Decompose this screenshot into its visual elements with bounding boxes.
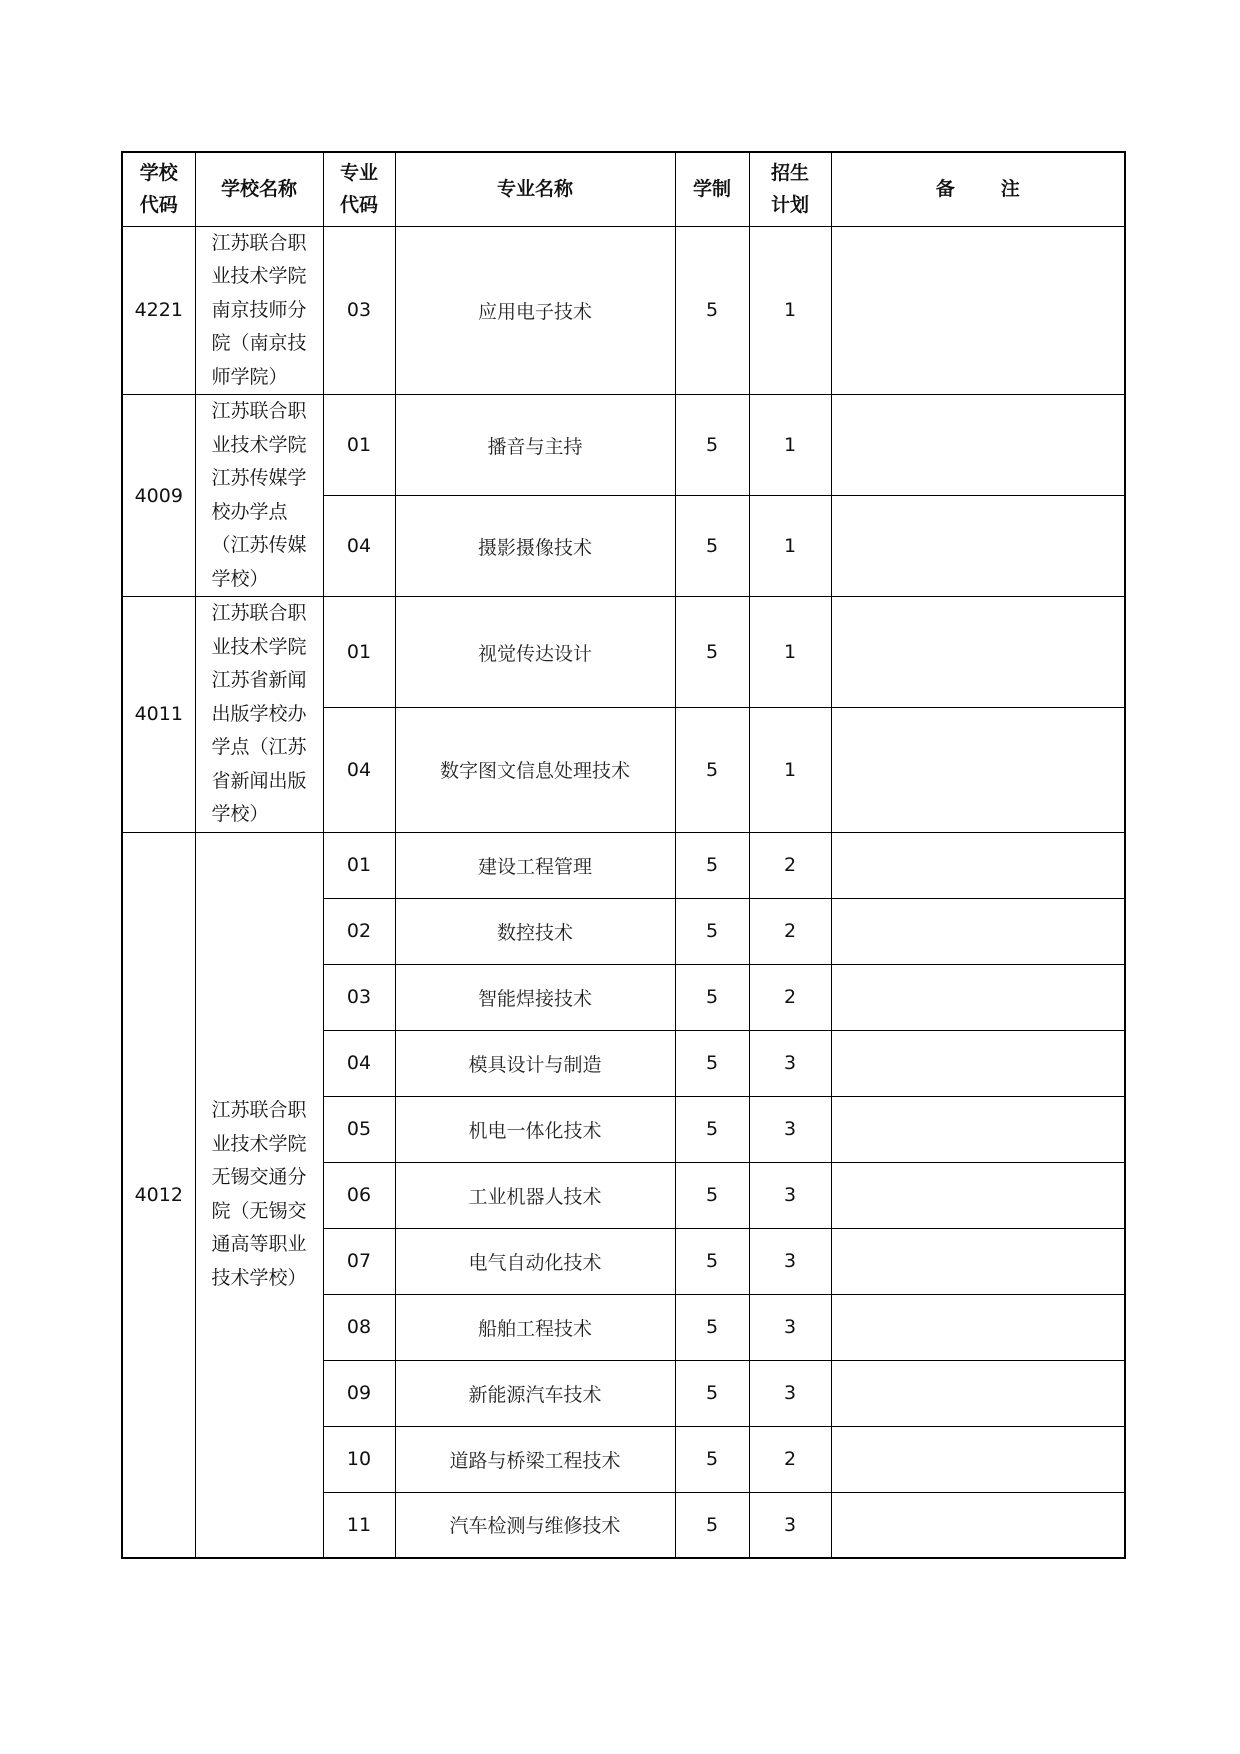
header-school-code-line1: 学校 [123,157,195,189]
enrollment-plan-cell: 2 [749,898,831,964]
school-name-line: 学校） [211,563,306,597]
school-name-text: 江苏联合职业技术学院南京技师分院（南京技师学院） [211,227,306,395]
major-code-cell: 02 [323,898,395,964]
major-code-cell: 03 [323,226,395,395]
enrollment-plan-cell: 3 [749,1492,831,1558]
remarks-cell [831,1294,1125,1360]
school-name-line: 师学院） [211,361,306,395]
major-name-cell: 智能焊接技术 [395,964,675,1030]
major-code-cell: 09 [323,1360,395,1426]
header-school-name: 学校名称 [195,152,323,226]
school-name-line: 技术学校） [211,1262,306,1296]
duration-cell: 5 [675,1162,749,1228]
school-code-cell: 4011 [122,597,195,833]
table-row: 4009江苏联合职业技术学院江苏传媒学校办学点（江苏传媒学校）01播音与主持51 [122,395,1125,496]
school-code-cell: 4009 [122,395,195,597]
enrollment-plan-cell: 1 [749,226,831,395]
header-duration: 学制 [675,152,749,226]
duration-cell: 5 [675,496,749,597]
major-code-cell: 10 [323,1426,395,1492]
remarks-cell [831,1360,1125,1426]
duration-cell: 5 [675,1294,749,1360]
major-name-cell: 工业机器人技术 [395,1162,675,1228]
major-name-cell: 新能源汽车技术 [395,1360,675,1426]
major-name-cell: 电气自动化技术 [395,1228,675,1294]
enrollment-plan-cell: 3 [749,1096,831,1162]
enrollment-plan-cell: 1 [749,395,831,496]
school-code-cell: 4012 [122,832,195,1558]
school-name-cell: 江苏联合职业技术学院南京技师分院（南京技师学院） [195,226,323,395]
duration-cell: 5 [675,1030,749,1096]
major-code-cell: 07 [323,1228,395,1294]
school-name-text: 江苏联合职业技术学院无锡交通分院（无锡交通高等职业技术学校） [211,1094,306,1295]
header-remarks-label: 备注 [890,178,1066,200]
remarks-cell [831,1492,1125,1558]
school-name-line: 院（无锡交 [211,1195,306,1229]
school-name-line: 无锡交通分 [211,1161,306,1195]
major-name-cell: 摄影摄像技术 [395,496,675,597]
enrollment-plan-cell: 3 [749,1228,831,1294]
remarks-cell [831,1426,1125,1492]
remarks-cell [831,898,1125,964]
school-name-cell: 江苏联合职业技术学院江苏省新闻出版学校办学点（江苏省新闻出版学校） [195,597,323,833]
school-name-line: （江苏传媒 [211,529,306,563]
table-body: 4221江苏联合职业技术学院南京技师分院（南京技师学院）03应用电子技术5140… [122,226,1125,1558]
major-name-cell: 汽车检测与维修技术 [395,1492,675,1558]
remarks-cell [831,708,1125,832]
duration-cell: 5 [675,964,749,1030]
major-name-cell: 机电一体化技术 [395,1096,675,1162]
school-name-line: 江苏省新闻 [211,664,306,698]
duration-cell: 5 [675,597,749,708]
duration-cell: 5 [675,1096,749,1162]
header-enrollment-plan: 招生 计划 [749,152,831,226]
major-code-cell: 04 [323,708,395,832]
enrollment-plan-cell: 3 [749,1360,831,1426]
school-name-line: 学点（江苏 [211,731,306,765]
school-name-line: 出版学校办 [211,698,306,732]
school-name-text: 江苏联合职业技术学院江苏省新闻出版学校办学点（江苏省新闻出版学校） [211,597,306,832]
header-plan-line2: 计划 [750,189,831,221]
major-name-cell: 道路与桥梁工程技术 [395,1426,675,1492]
major-code-cell: 11 [323,1492,395,1558]
school-name-line: 省新闻出版 [211,765,306,799]
school-name-line: 院（南京技 [211,327,306,361]
school-code-cell: 4221 [122,226,195,395]
school-name-line: 业技术学院 [211,429,306,463]
duration-cell: 5 [675,226,749,395]
remarks-cell [831,1096,1125,1162]
school-name-line: 业技术学院 [211,1128,306,1162]
duration-cell: 5 [675,1228,749,1294]
school-name-text: 江苏联合职业技术学院江苏传媒学校办学点（江苏传媒学校） [211,395,306,596]
enrollment-plan-cell: 1 [749,597,831,708]
major-name-cell: 建设工程管理 [395,832,675,898]
major-code-cell: 01 [323,395,395,496]
remarks-cell [831,496,1125,597]
table-header-row: 学校 代码 学校名称 专业 代码 专业名称 学制 招生 计划 备注 [122,152,1125,226]
header-remarks: 备注 [831,152,1125,226]
school-name-line: 业技术学院 [211,260,306,294]
enrollment-plan-cell: 1 [749,708,831,832]
major-code-cell: 03 [323,964,395,1030]
major-code-cell: 01 [323,832,395,898]
school-name-cell: 江苏联合职业技术学院江苏传媒学校办学点（江苏传媒学校） [195,395,323,597]
table-row: 4012江苏联合职业技术学院无锡交通分院（无锡交通高等职业技术学校）01建设工程… [122,832,1125,898]
major-name-cell: 模具设计与制造 [395,1030,675,1096]
enrollment-plan-table: 学校 代码 学校名称 专业 代码 专业名称 学制 招生 计划 备注 4221江苏… [121,151,1126,1559]
enrollment-plan-cell: 2 [749,964,831,1030]
enrollment-plan-cell: 3 [749,1162,831,1228]
school-name-line: 校办学点 [211,496,306,530]
remarks-cell [831,597,1125,708]
major-name-cell: 视觉传达设计 [395,597,675,708]
header-major-code-line2: 代码 [324,189,395,221]
table-row: 4221江苏联合职业技术学院南京技师分院（南京技师学院）03应用电子技术51 [122,226,1125,395]
header-major-name: 专业名称 [395,152,675,226]
school-name-line: 江苏联合职 [211,227,306,261]
duration-cell: 5 [675,898,749,964]
school-name-line: 通高等职业 [211,1228,306,1262]
enrollment-plan-cell: 3 [749,1294,831,1360]
duration-cell: 5 [675,832,749,898]
enrollment-plan-cell: 2 [749,832,831,898]
school-name-cell: 江苏联合职业技术学院无锡交通分院（无锡交通高等职业技术学校） [195,832,323,1558]
major-name-cell: 数控技术 [395,898,675,964]
school-name-line: 江苏联合职 [211,395,306,429]
remarks-cell [831,1162,1125,1228]
major-code-cell: 04 [323,1030,395,1096]
header-plan-line1: 招生 [750,157,831,189]
remarks-cell [831,1030,1125,1096]
table-row: 4011江苏联合职业技术学院江苏省新闻出版学校办学点（江苏省新闻出版学校）01视… [122,597,1125,708]
major-code-cell: 08 [323,1294,395,1360]
school-name-line: 业技术学院 [211,631,306,665]
remarks-cell [831,1228,1125,1294]
school-name-line: 南京技师分 [211,294,306,328]
enrollment-plan-cell: 3 [749,1030,831,1096]
remarks-cell [831,395,1125,496]
school-name-line: 江苏联合职 [211,1094,306,1128]
duration-cell: 5 [675,708,749,832]
enrollment-plan-cell: 2 [749,1426,831,1492]
school-name-line: 学校） [211,798,306,832]
major-name-cell: 播音与主持 [395,395,675,496]
header-major-code: 专业 代码 [323,152,395,226]
duration-cell: 5 [675,395,749,496]
major-name-cell: 应用电子技术 [395,226,675,395]
major-code-cell: 05 [323,1096,395,1162]
school-name-line: 江苏联合职 [211,597,306,631]
header-major-code-line1: 专业 [324,157,395,189]
duration-cell: 5 [675,1426,749,1492]
duration-cell: 5 [675,1360,749,1426]
header-school-code: 学校 代码 [122,152,195,226]
school-name-line: 江苏传媒学 [211,462,306,496]
enrollment-plan-cell: 1 [749,496,831,597]
remarks-cell [831,226,1125,395]
remarks-cell [831,964,1125,1030]
header-school-code-line2: 代码 [123,189,195,221]
major-code-cell: 04 [323,496,395,597]
remarks-cell [831,832,1125,898]
major-name-cell: 数字图文信息处理技术 [395,708,675,832]
major-code-cell: 01 [323,597,395,708]
major-code-cell: 06 [323,1162,395,1228]
major-name-cell: 船舶工程技术 [395,1294,675,1360]
duration-cell: 5 [675,1492,749,1558]
